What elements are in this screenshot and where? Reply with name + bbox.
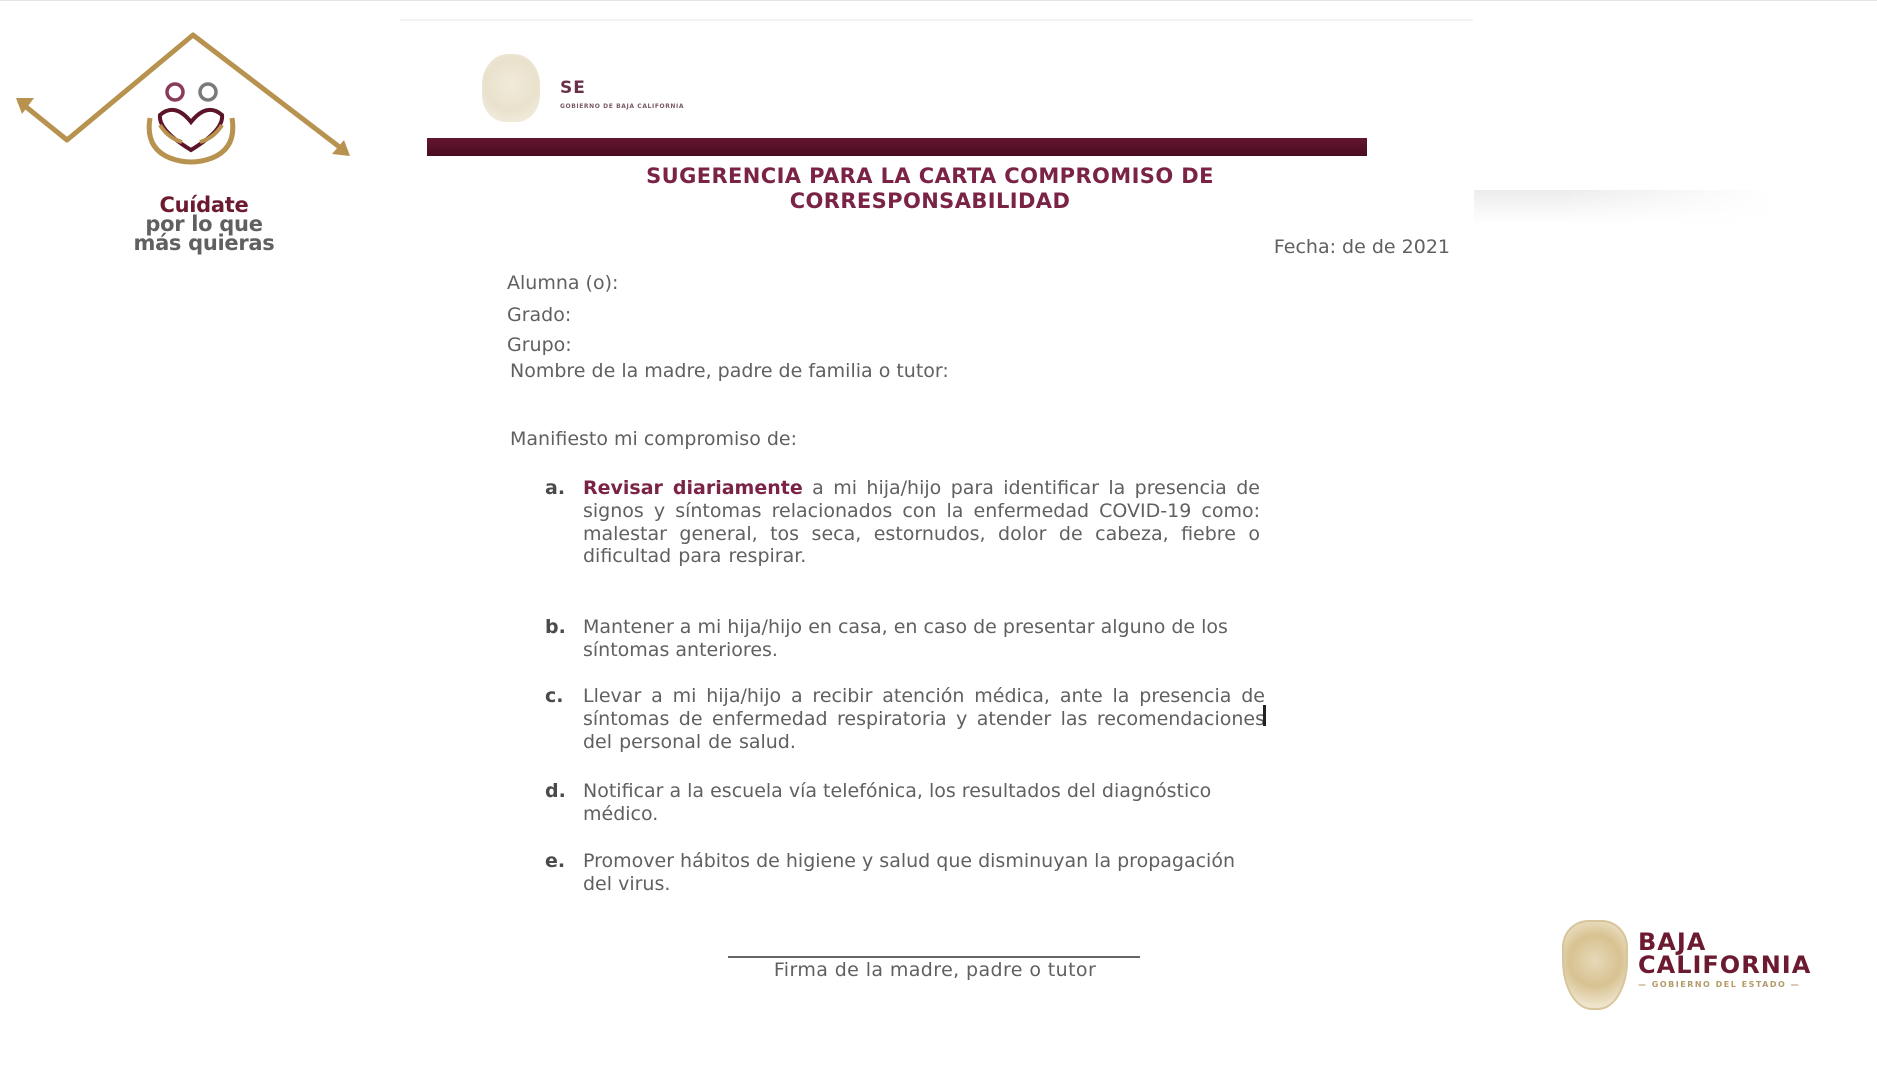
top-border [0, 0, 1877, 1]
item-highlight: Revisar diariamente [583, 477, 803, 499]
text-cursor [1263, 705, 1266, 726]
title-line-2: CORRESPONSABILIDAD [420, 189, 1440, 214]
item-text: Promover hábitos de higiene y salud que … [545, 850, 1265, 896]
commitment-item-a: a. Revisar diariamente a mi hija/hijo pa… [545, 477, 1260, 568]
date-field: Fecha: de de 2021 [1050, 236, 1450, 258]
org-long-name: GOBIERNO DE BAJA CALIFORNIA [560, 103, 684, 110]
baja-california-logo: BAJA CALIFORNIA — GOBIERNO DEL ESTADO — [1558, 918, 1818, 1010]
item-text: Notificar a la escuela vía telefónica, l… [545, 780, 1265, 826]
item-text: Llevar a mi hija/hijo a recibir atención… [583, 685, 1265, 753]
item-letter: b. [545, 616, 566, 639]
commitment-intro: Manifiesto mi compromiso de: [510, 428, 797, 450]
item-letter: e. [545, 850, 565, 873]
document-page: SE GOBIERNO DE BAJA CALIFORNIA SUGERENCI… [420, 40, 1380, 1000]
commitment-item-c: c. Llevar a mi hija/hijo a recibir atenc… [545, 685, 1265, 753]
signature-label: Firma de la madre, padre o tutor [750, 959, 1120, 981]
student-field: Alumna (o): [507, 272, 618, 294]
slogan-line-3: más quieras [110, 234, 298, 253]
document-title: SUGERENCIA PARA LA CARTA COMPROMISO DE C… [420, 164, 1440, 214]
page-top-edge [400, 19, 1473, 21]
state-seal-icon [482, 54, 540, 122]
signature-line [728, 956, 1140, 958]
document-header: SE GOBIERNO DE BAJA CALIFORNIA [480, 50, 780, 135]
org-short-name: SE [560, 78, 586, 98]
item-text: Mantener a mi hija/hijo en casa, en caso… [545, 616, 1265, 662]
state-subtitle: — GOBIERNO DEL ESTADO — [1638, 980, 1800, 989]
guardian-name-field: Nombre de la madre, padre de familia o t… [510, 360, 949, 382]
state-name-line-2: CALIFORNIA [1638, 954, 1811, 977]
grade-field: Grado: [507, 304, 571, 326]
commitment-item-d: d. Notificar a la escuela vía telefónica… [545, 780, 1265, 826]
title-line-1: SUGERENCIA PARA LA CARTA COMPROMISO DE [420, 164, 1440, 189]
campaign-logo: Cuídate por lo que más quieras [10, 30, 355, 230]
commitment-item-e: e. Promover hábitos de higiene y salud q… [545, 850, 1265, 896]
item-letter: d. [545, 780, 566, 803]
commitment-item-b: b. Mantener a mi hija/hijo en casa, en c… [545, 616, 1265, 662]
title-divider-bar [427, 138, 1367, 156]
state-name: BAJA CALIFORNIA [1638, 931, 1811, 977]
group-field: Grupo: [507, 334, 572, 356]
campaign-slogan: Cuídate por lo que más quieras [110, 196, 298, 253]
baja-california-coat-of-arms-icon [1562, 920, 1628, 1010]
side-shadow [1474, 190, 1774, 224]
item-letter: a. [545, 477, 565, 500]
item-letter: c. [545, 685, 563, 708]
